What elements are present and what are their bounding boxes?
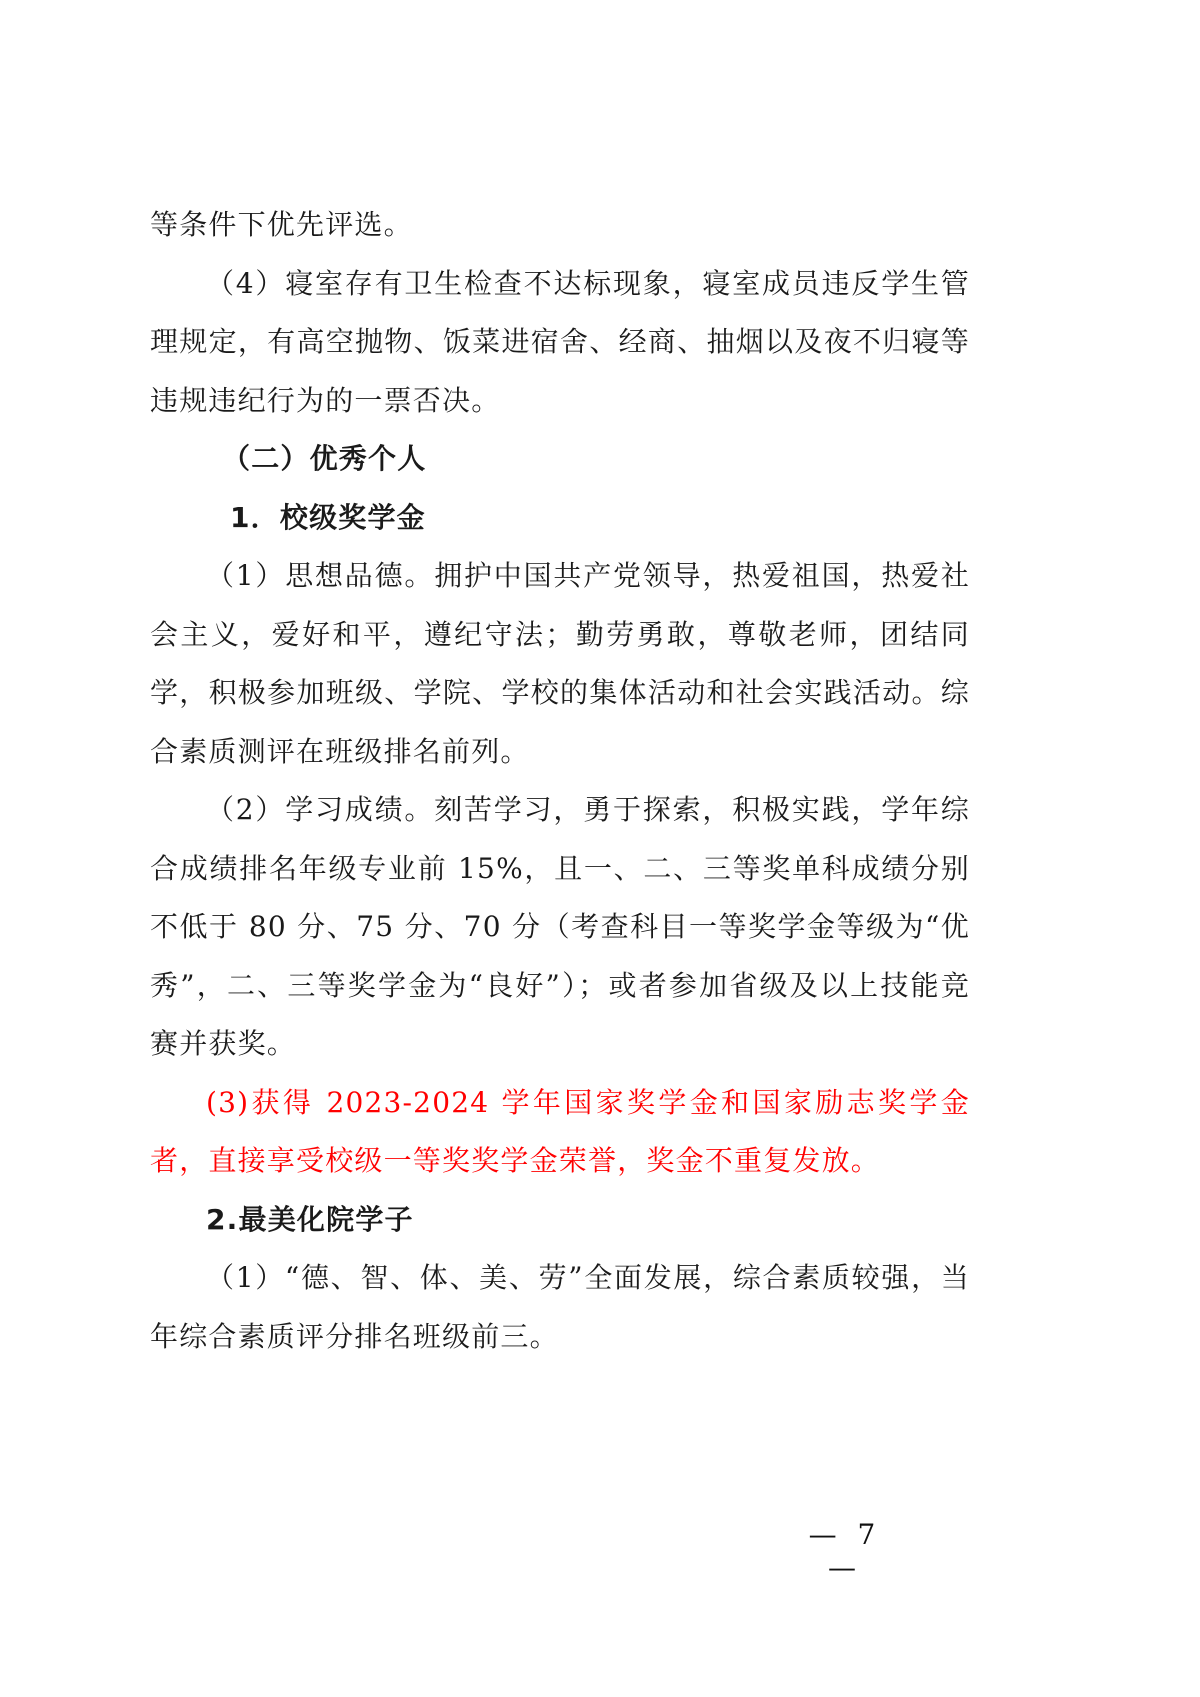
paragraph-dorm-veto: （4）寝室存有卫生检查不达标现象，寝室成员违反学生管理规定，有高空抛物、饭菜进宿… bbox=[150, 255, 970, 431]
document-body: 等条件下优先评选。 （4）寝室存有卫生检查不达标现象，寝室成员违反学生管理规定，… bbox=[150, 196, 970, 1366]
paragraph-moral-character: （1）思想品德。拥护中国共产党领导，热爱祖国，热爱社会主义，爱好和平，遵纪守法；… bbox=[150, 547, 970, 781]
paragraph-all-round-development: （1）“德、智、体、美、劳”全面发展，综合素质较强，当年综合素质评分排名班级前三… bbox=[150, 1249, 970, 1366]
subsection-heading-school-scholarship: 1．校级奖学金 bbox=[150, 489, 970, 548]
paragraph-academic-performance: （2）学习成绩。刻苦学习，勇于探索，积极实践，学年综合成绩排名年级专业前 15%… bbox=[150, 781, 970, 1074]
section-heading-excellent-individuals: （二）优秀个人 bbox=[150, 430, 970, 489]
subsection-heading-best-student: 2.最美化院学子 bbox=[150, 1191, 970, 1250]
paragraph-continuation: 等条件下优先评选。 bbox=[150, 196, 970, 255]
page-number: — 7 — bbox=[785, 1518, 905, 1584]
paragraph-national-scholarship-note: (3)获得 2023-2024 学年国家奖学金和国家励志奖学金者，直接享受校级一… bbox=[150, 1074, 970, 1191]
document-page: 等条件下优先评选。 （4）寝室存有卫生检查不达标现象，寝室成员违反学生管理规定，… bbox=[0, 0, 1200, 1697]
